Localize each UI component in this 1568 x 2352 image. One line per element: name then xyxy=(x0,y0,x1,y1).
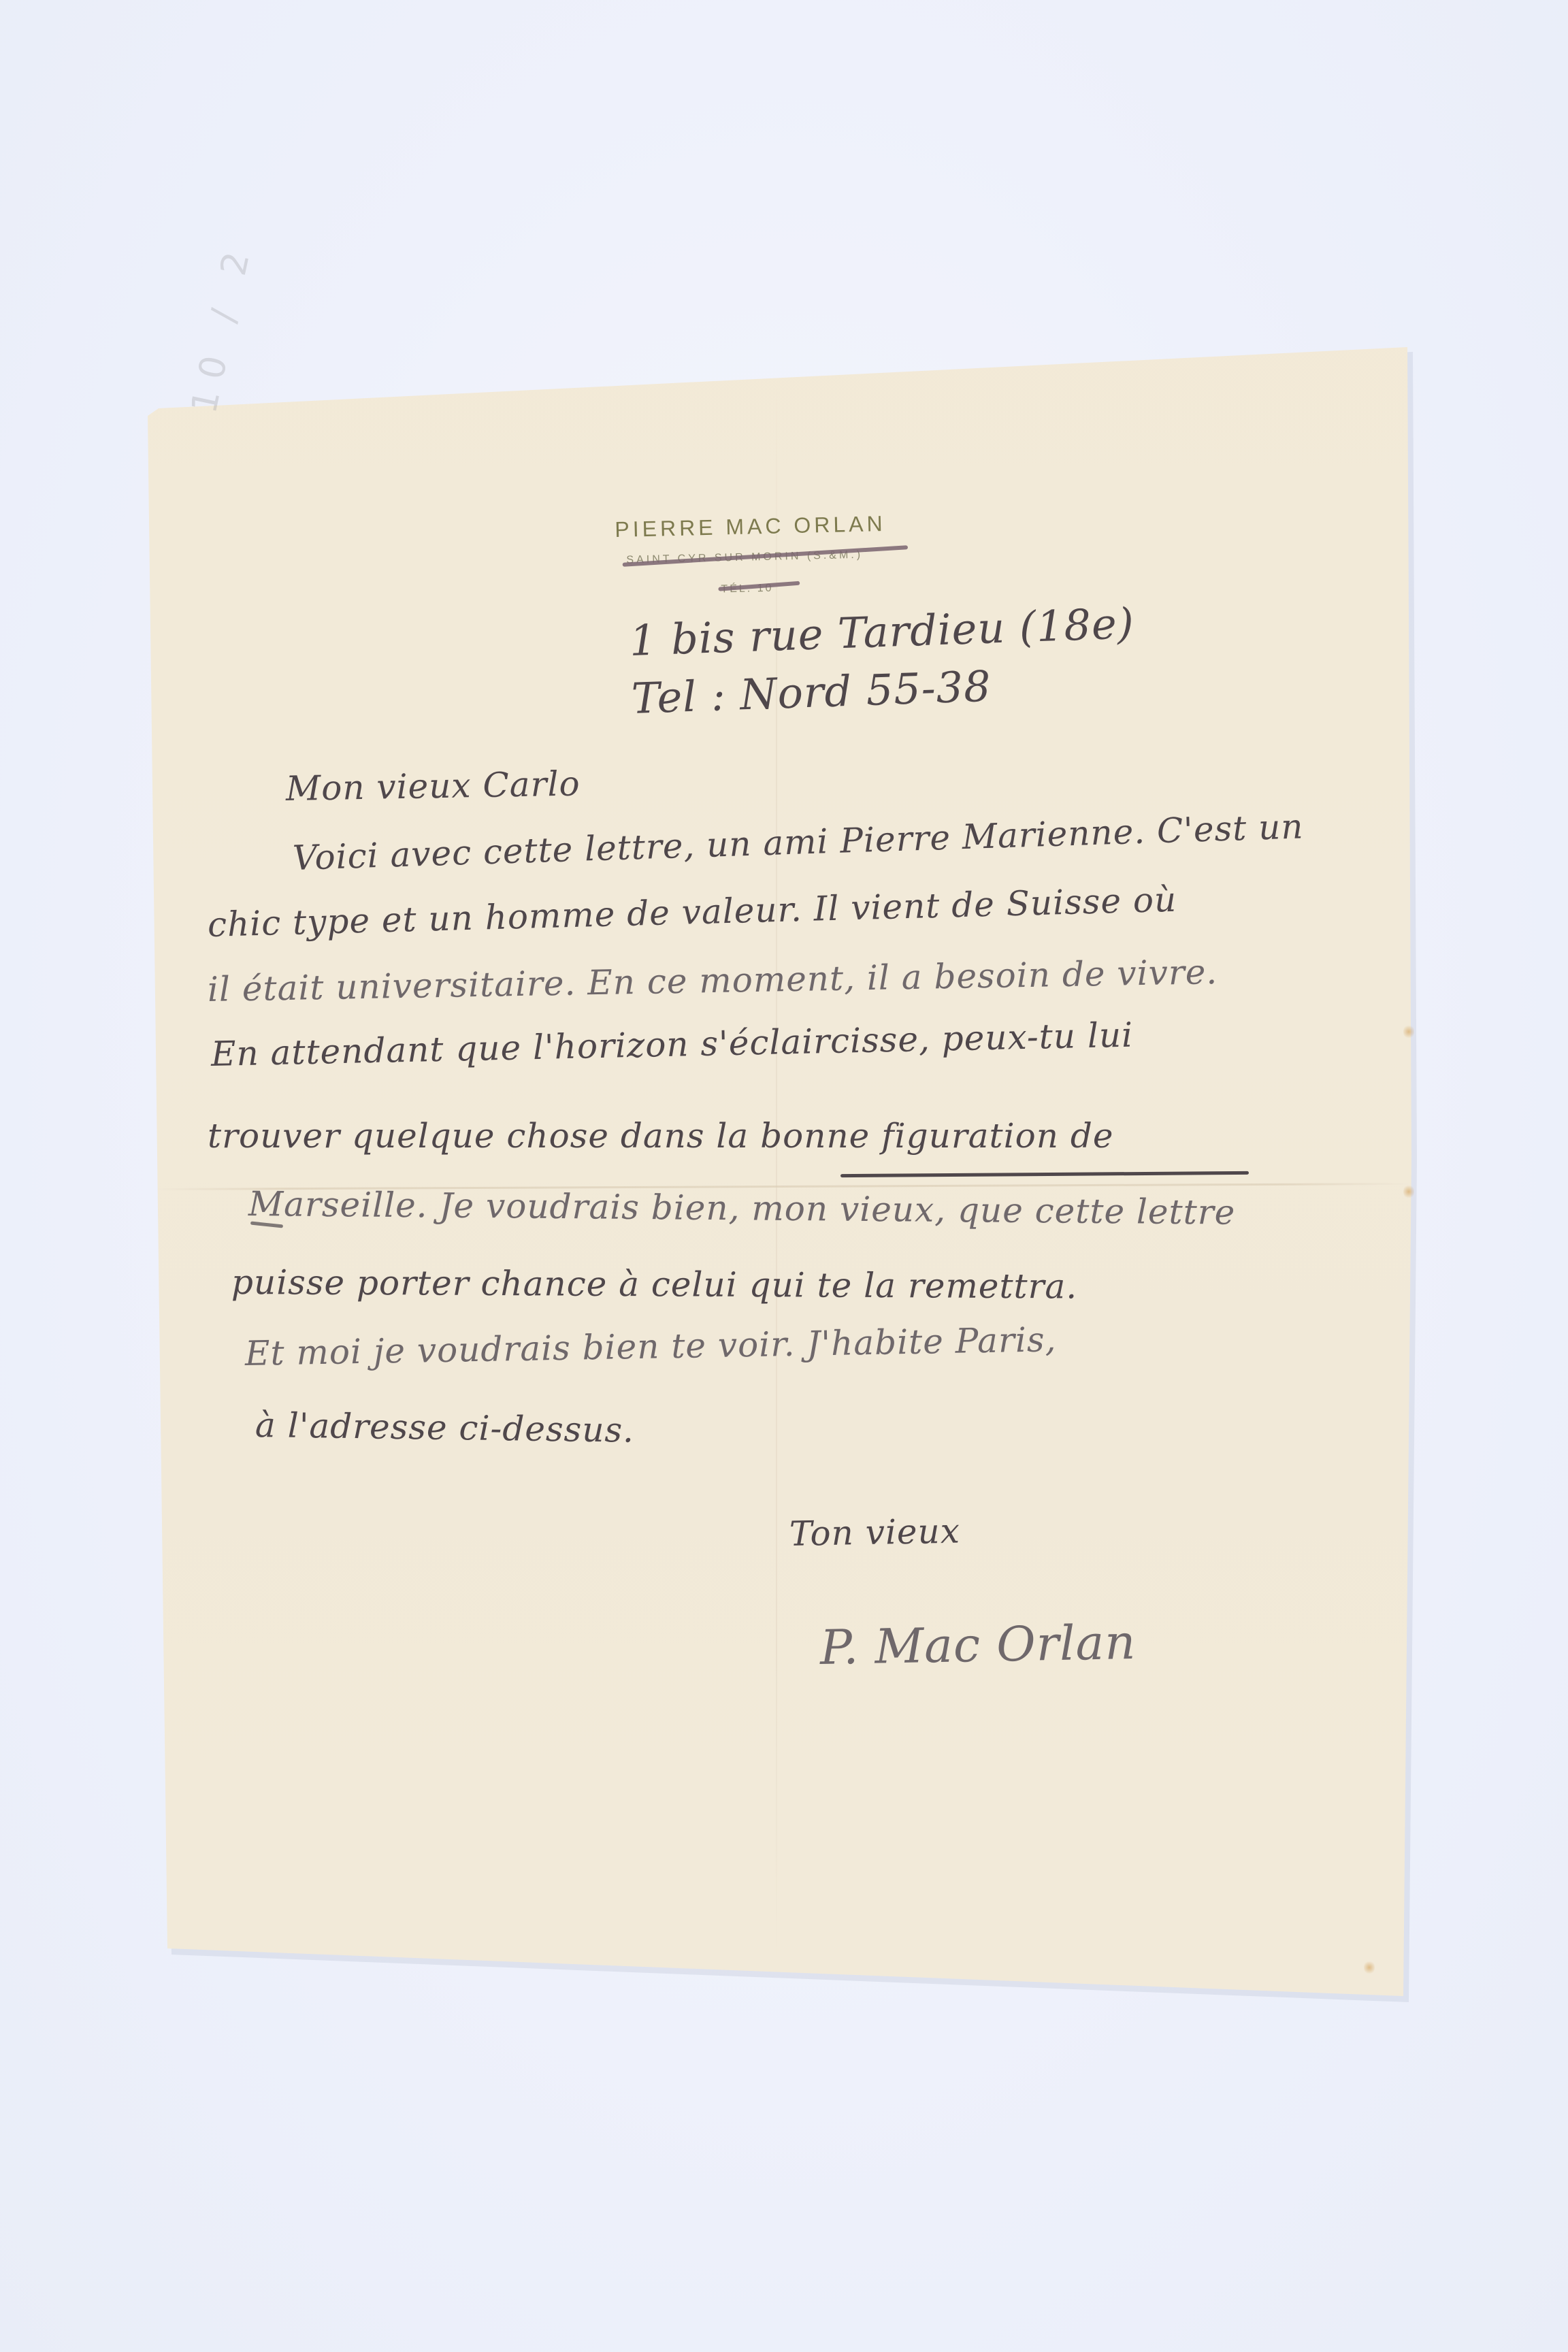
foxing-stain xyxy=(1403,1024,1414,1039)
pencil-inventory-note: 10 / 2 xyxy=(184,237,260,417)
letter-line: à l'adresse ci-dessus. xyxy=(255,1405,635,1450)
letterhead: PIERRE MAC ORLAN SAINT CYR SUR MORIN (S.… xyxy=(615,510,957,598)
letterhead-printed-address: SAINT CYR SUR MORIN (S.&M.) xyxy=(626,547,955,567)
salutation: Mon vieux Carlo xyxy=(285,764,581,808)
photo-stage: 10 / 2 PIERRE MAC ORLAN SAINT CYR SUR MO… xyxy=(0,0,1568,2352)
letterhead-printed-tel: TÉL. 10 xyxy=(721,583,773,596)
letter-line: puisse porter chance à celui qui te la r… xyxy=(231,1262,1078,1307)
closing: Ton vieux xyxy=(789,1512,960,1554)
signature: P. Mac Orlan xyxy=(819,1614,1137,1676)
letter-line: trouver quelque chose dans la bonne figu… xyxy=(208,1116,1113,1156)
foxing-stain xyxy=(1403,1184,1414,1199)
foxing-stain xyxy=(1364,1960,1375,1975)
